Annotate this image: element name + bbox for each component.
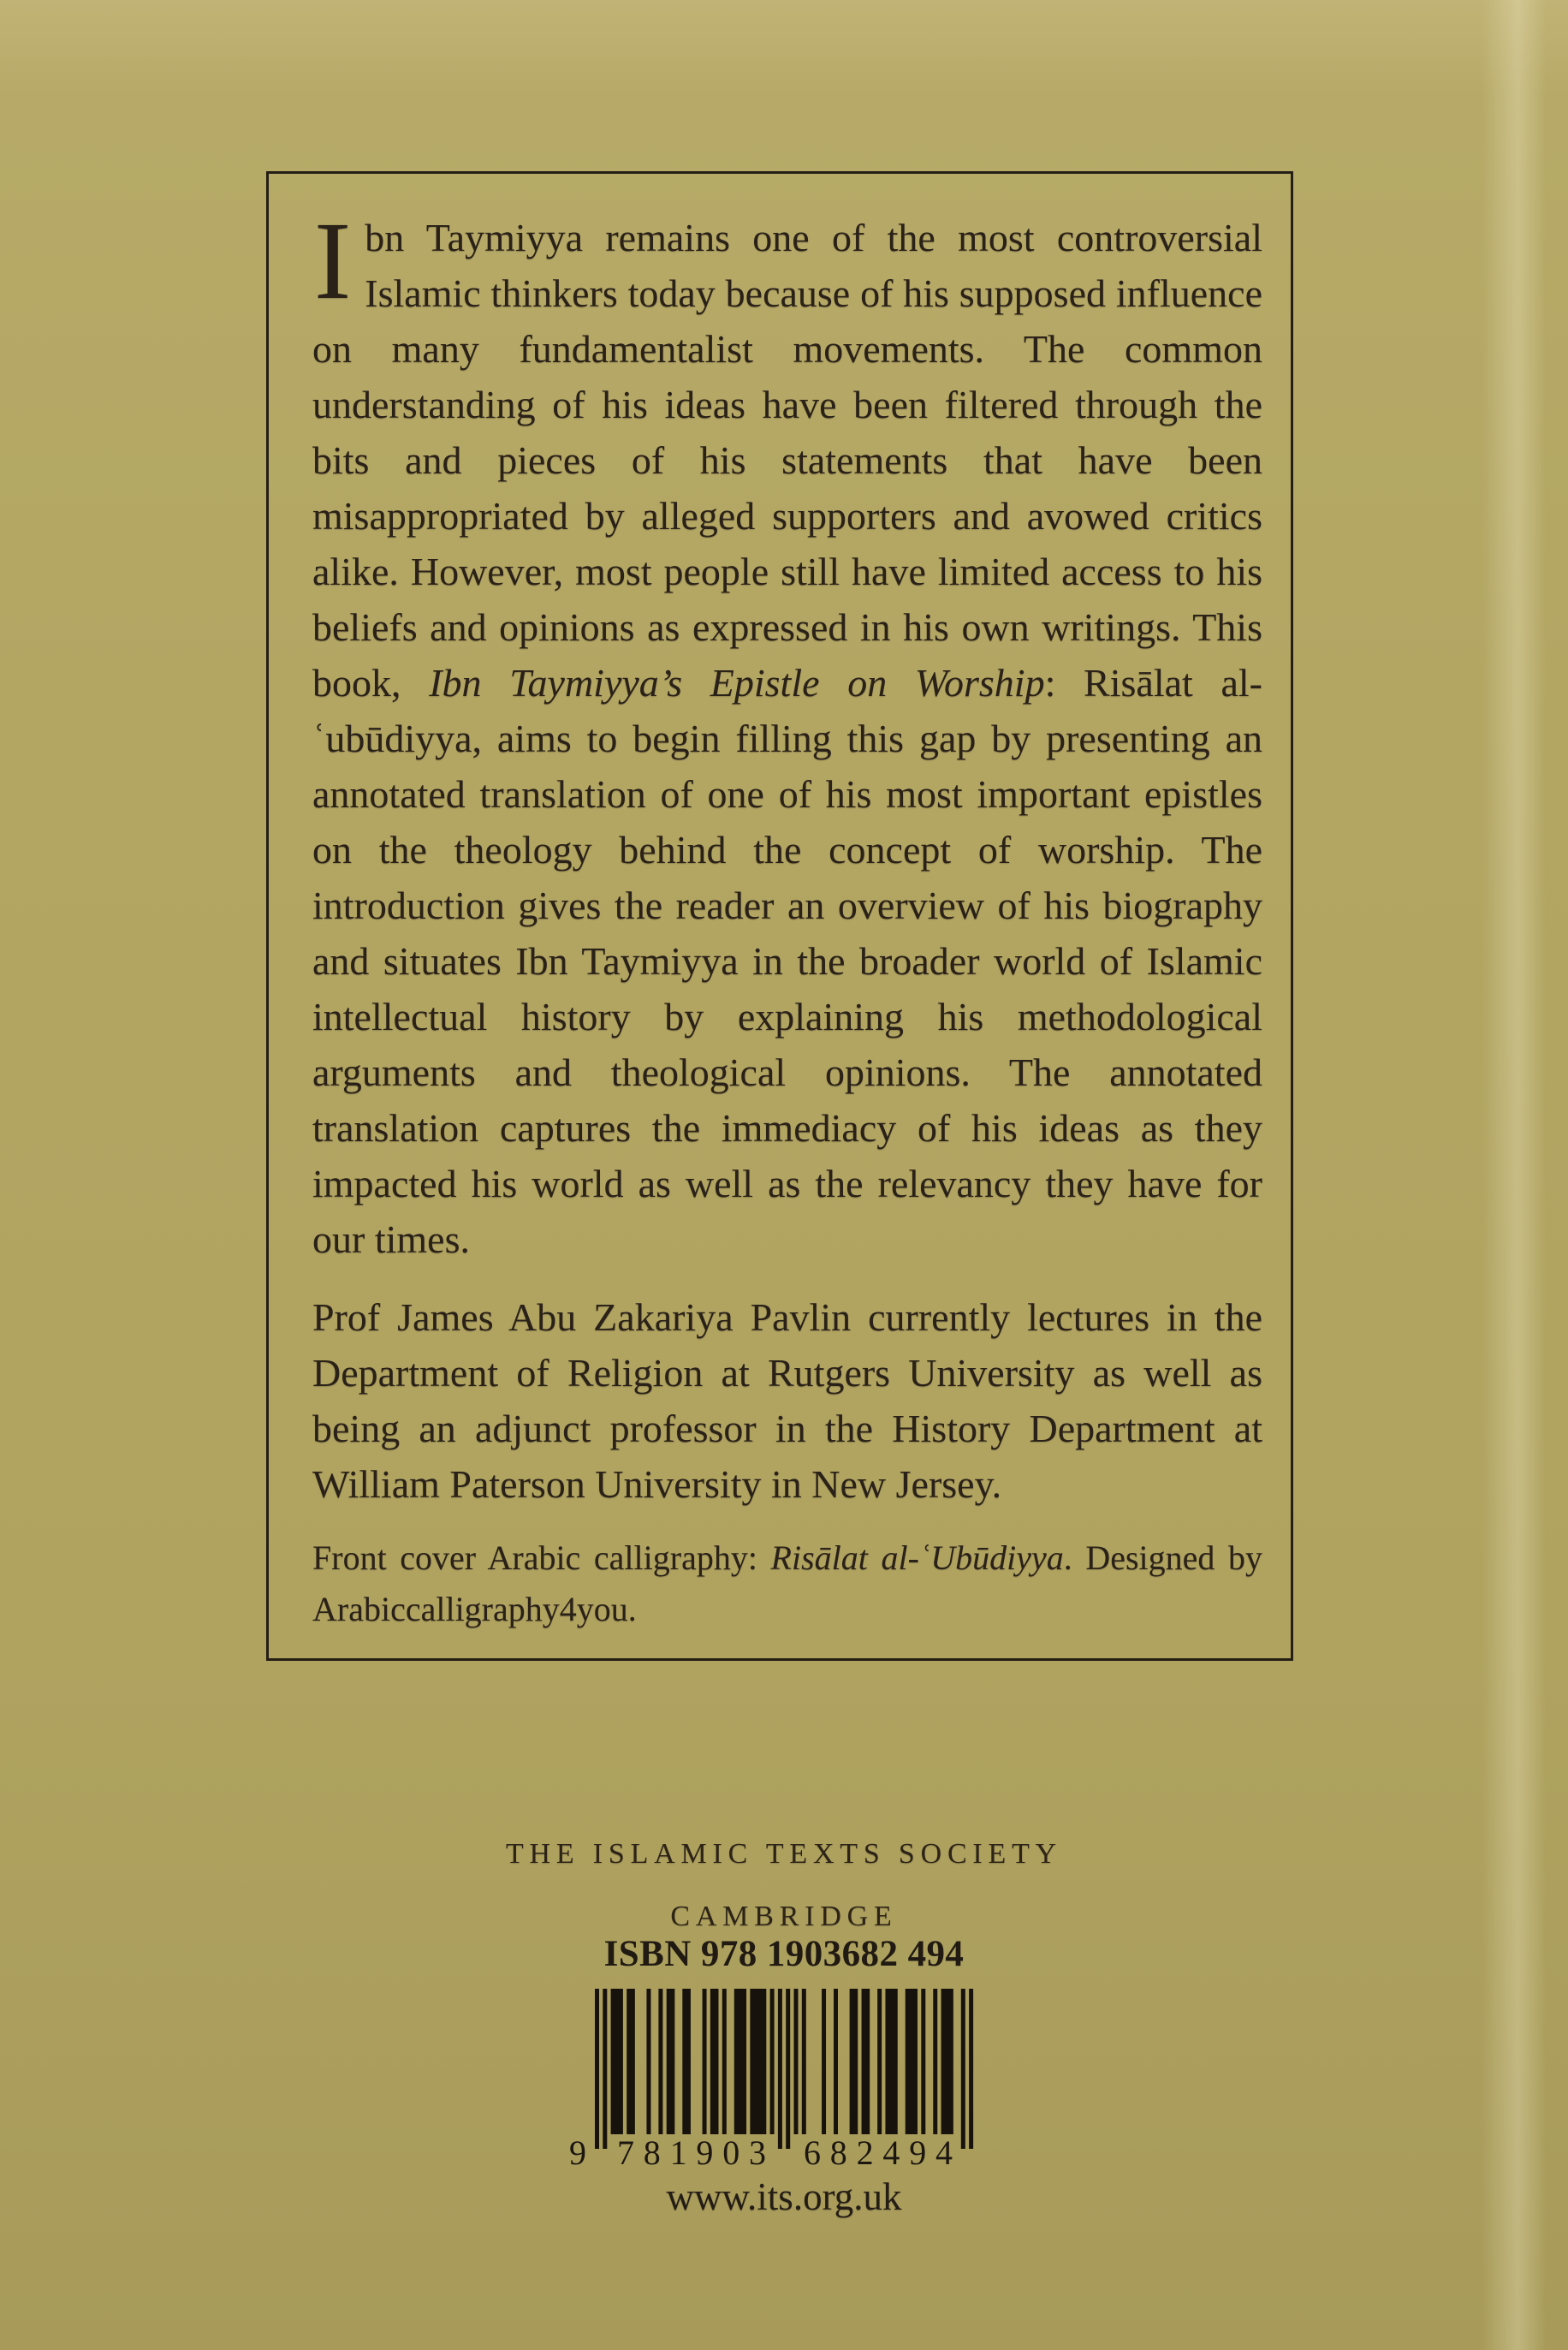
- publisher-website: www.its.org.uk: [0, 2174, 1568, 2219]
- barcode-bars: [595, 1989, 973, 2149]
- ean13-barcode: 9 781903 682494: [562, 1989, 990, 2170]
- drop-cap: I: [314, 211, 351, 313]
- publisher-name: THE ISLAMIC TEXTS SOCIETY: [0, 1838, 1568, 1871]
- author-bio-paragraph: Prof James Abu Zakariya Pavlin currently…: [312, 1289, 1262, 1512]
- barcode-digits-right: 682494: [804, 2133, 953, 2170]
- isbn-label: ISBN 978 1903682 494: [0, 1933, 1568, 1975]
- credit-title-italic: Risālat al-ʿUbūdiyya: [771, 1538, 1064, 1577]
- barcode-svg: 9 781903 682494: [562, 1989, 990, 2170]
- description-paragraph: Ibn Taymiyya remains one of the most con…: [312, 210, 1262, 1267]
- credit-segment: Front cover Arabic calligraphy:: [312, 1538, 771, 1577]
- barcode-digits-left: 781903: [617, 2133, 766, 2170]
- blurb-box: Ibn Taymiyya remains one of the most con…: [266, 171, 1293, 1661]
- book-title-italic: Ibn Taymiyya’s Epistle on Worship: [429, 661, 1044, 705]
- cover-credit-paragraph: Front cover Arabic calligraphy: Risālat …: [312, 1532, 1262, 1635]
- barcode-digit-first: 9: [569, 2133, 586, 2170]
- publisher-city: CAMBRIDGE: [0, 1901, 1568, 1933]
- description-segment: : Risālat al-ʿubūdiyya, aims to begin fi…: [312, 661, 1262, 1261]
- book-back-cover: Ibn Taymiyya remains one of the most con…: [0, 0, 1568, 2350]
- description-segment: bn Taymiyya remains one of the most cont…: [312, 216, 1262, 705]
